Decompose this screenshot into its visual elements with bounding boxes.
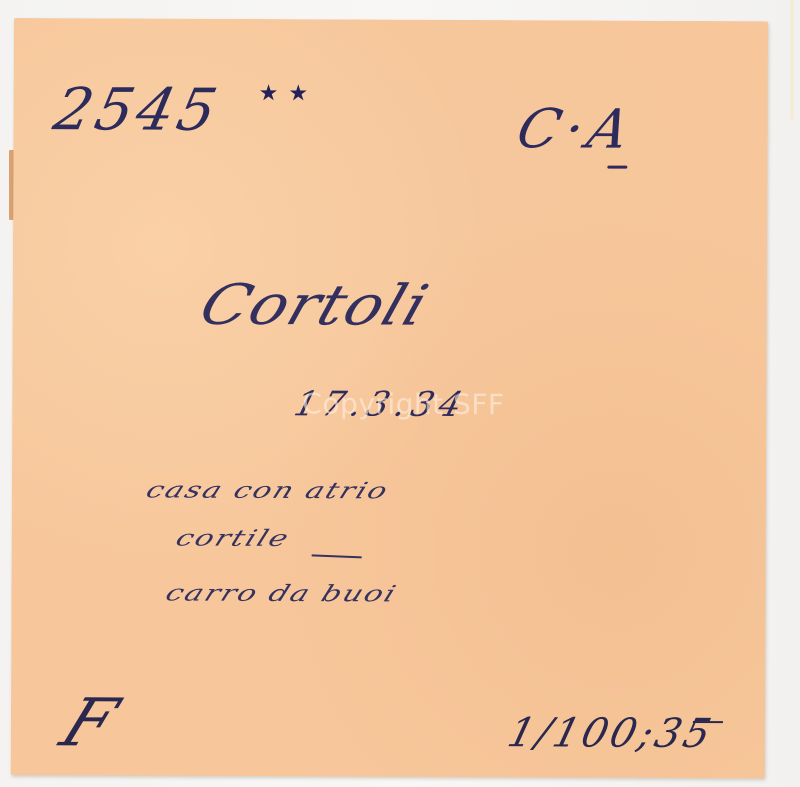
note-underline-stroke (312, 554, 362, 558)
classification-underline (607, 166, 627, 169)
place-name: Cortoli (194, 277, 436, 334)
scale-annotation: 1/100;35 (504, 713, 718, 754)
note-line: casa con atrio (143, 479, 392, 503)
scan-edge-strip (790, 0, 794, 120)
classification-code: C·A (512, 102, 641, 156)
bottom-left-mark: F (52, 690, 125, 756)
copyright-watermark: Copyright SFF (302, 387, 504, 421)
scale-overline-stroke (693, 721, 723, 723)
star-marks-icon: ★★ (259, 81, 319, 106)
catalogue-card: 2545 ★★ C·A Cortoli 17.3.34 Copyright SF… (11, 18, 768, 778)
note-line: carro da buoi (162, 582, 400, 605)
note-line: cortile (173, 527, 293, 550)
catalog-number: 2545 (49, 80, 225, 139)
